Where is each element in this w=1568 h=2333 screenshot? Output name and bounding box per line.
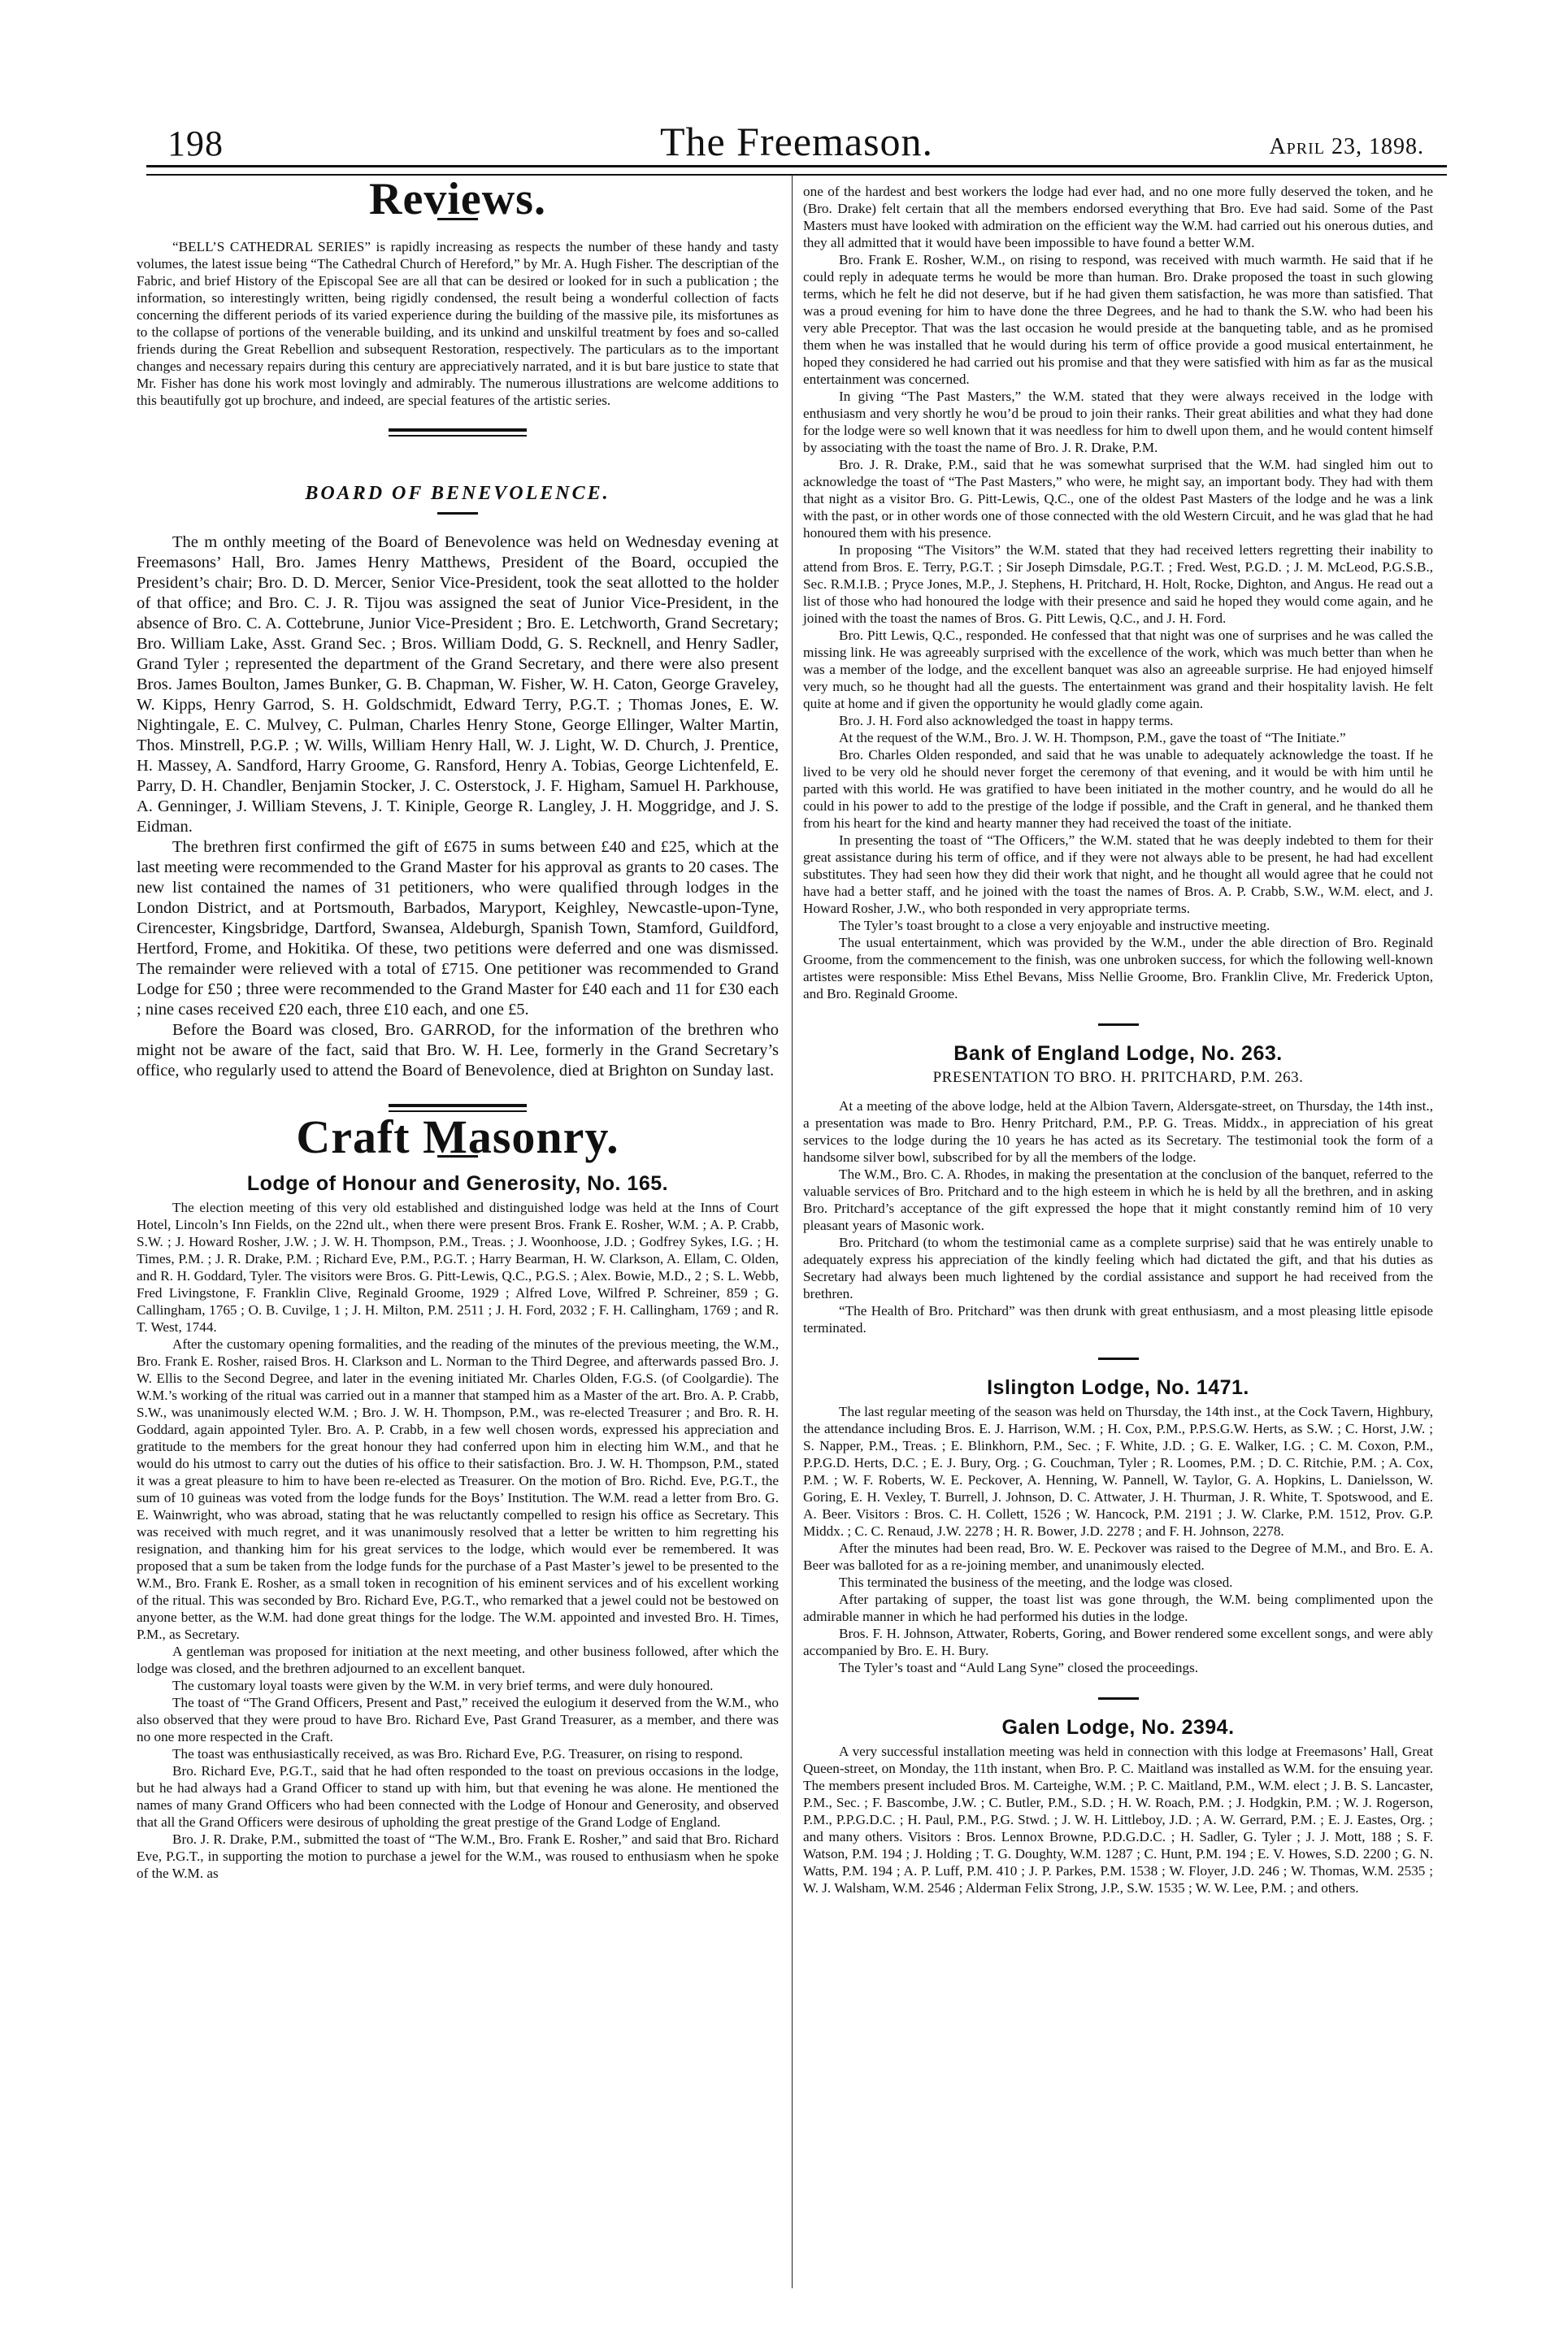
lodge-paragraph: After the minutes had been read, Bro. W.… — [803, 1540, 1433, 1574]
lodge-paragraph: The election meeting of this very old es… — [137, 1199, 779, 1336]
right-column: one of the hardest and best workers the … — [803, 183, 1433, 1896]
lodge-paragraph: A gentleman was proposed for initiation … — [137, 1643, 779, 1677]
craft-masonry-heading: Craft Masonry. — [137, 1128, 779, 1145]
lodge-title: Galen Lodge, No. 2394. — [803, 1719, 1433, 1736]
lodge-title: Lodge of Honour and Generosity, No. 165. — [137, 1175, 779, 1193]
left-column: Reviews. “BELL’S CATHEDRAL SERIES” is ra… — [137, 183, 779, 1882]
newspaper-title: The Freemason. — [154, 118, 1439, 165]
lodge-paragraph: In proposing “The Visitors” the W.M. sta… — [803, 541, 1433, 627]
divider — [437, 512, 478, 515]
divider — [1098, 1697, 1139, 1700]
board-of-benevolence-heading: BOARD OF BENEVOLENCE. — [137, 485, 779, 502]
lodge-paragraph: At the request of the W.M., Bro. J. W. H… — [803, 729, 1433, 746]
lodge-paragraph: At a meeting of the above lodge, held at… — [803, 1097, 1433, 1166]
lodge-paragraph: “The Health of Bro. Pritchard” was then … — [803, 1302, 1433, 1336]
reviews-paragraph: “BELL’S CATHEDRAL SERIES” is rapidly inc… — [137, 238, 779, 409]
divider — [1098, 1023, 1139, 1026]
lodge-paragraph: Bros. F. H. Johnson, Attwater, Roberts, … — [803, 1625, 1433, 1659]
section-rule — [389, 428, 527, 437]
lodge-paragraph: The toast of “The Grand Officers, Presen… — [137, 1694, 779, 1745]
lodge-paragraph: In presenting the toast of “The Officers… — [803, 832, 1433, 917]
lodge-paragraph-continued: one of the hardest and best workers the … — [803, 183, 1433, 251]
lodge-paragraph: Bro. Richard Eve, P.G.T., said that he h… — [137, 1762, 779, 1831]
column-divider — [792, 175, 793, 2288]
divider — [1098, 1358, 1139, 1360]
lodge-paragraph: In giving “The Past Masters,” the W.M. s… — [803, 388, 1433, 456]
lodge-paragraph: The toast was enthusiastically received,… — [137, 1745, 779, 1762]
masthead-rule — [146, 165, 1447, 176]
lodge-paragraph: Bro. Pitt Lewis, Q.C., responded. He con… — [803, 627, 1433, 712]
lodge-paragraph: The usual entertainment, which was provi… — [803, 934, 1433, 1002]
lodge-paragraph: A very successful installation meeting w… — [803, 1743, 1433, 1896]
lodge-paragraph: Bro. Charles Olden responded, and said t… — [803, 746, 1433, 832]
lodge-paragraph: The last regular meeting of the season w… — [803, 1403, 1433, 1540]
lodge-paragraph: The customary loyal toasts were given by… — [137, 1677, 779, 1694]
reviews-heading: Reviews. — [137, 191, 779, 208]
lodge-title: Islington Lodge, No. 1471. — [803, 1379, 1433, 1397]
lodge-paragraph: Bro. Frank E. Rosher, W.M., on rising to… — [803, 251, 1433, 388]
board-paragraph: The brethren first confirmed the gift of… — [137, 837, 779, 1020]
masthead: 198 The Freemason. April 23, 1898. — [154, 118, 1439, 167]
lodge-paragraph: Bro. Pritchard (to whom the testimonial … — [803, 1234, 1433, 1302]
lodge-paragraph: Bro. J. H. Ford also acknowledged the to… — [803, 712, 1433, 729]
lodge-paragraph: After the customary opening formalities,… — [137, 1336, 779, 1643]
board-paragraph: The m onthly meeting of the Board of Ben… — [137, 532, 779, 837]
lodge-paragraph: Bro. J. R. Drake, P.M., said that he was… — [803, 456, 1433, 541]
issue-date: April 23, 1898. — [1269, 134, 1424, 160]
lodge-paragraph: Bro. J. R. Drake, P.M., submitted the to… — [137, 1831, 779, 1882]
lodge-title: Bank of England Lodge, No. 263. — [803, 1045, 1433, 1062]
lodge-paragraph: After partaking of supper, the toast lis… — [803, 1591, 1433, 1625]
lodge-paragraph: The W.M., Bro. C. A. Rhodes, in making t… — [803, 1166, 1433, 1234]
lodge-paragraph: This terminated the business of the meet… — [803, 1574, 1433, 1591]
lodge-paragraph: The Tyler’s toast and “Auld Lang Syne” c… — [803, 1659, 1433, 1676]
lodge-subtitle: PRESENTATION TO BRO. H. PRITCHARD, P.M. … — [803, 1069, 1433, 1086]
board-paragraph: Before the Board was closed, Bro. GARROD… — [137, 1020, 779, 1081]
lodge-paragraph: The Tyler’s toast brought to a close a v… — [803, 917, 1433, 934]
